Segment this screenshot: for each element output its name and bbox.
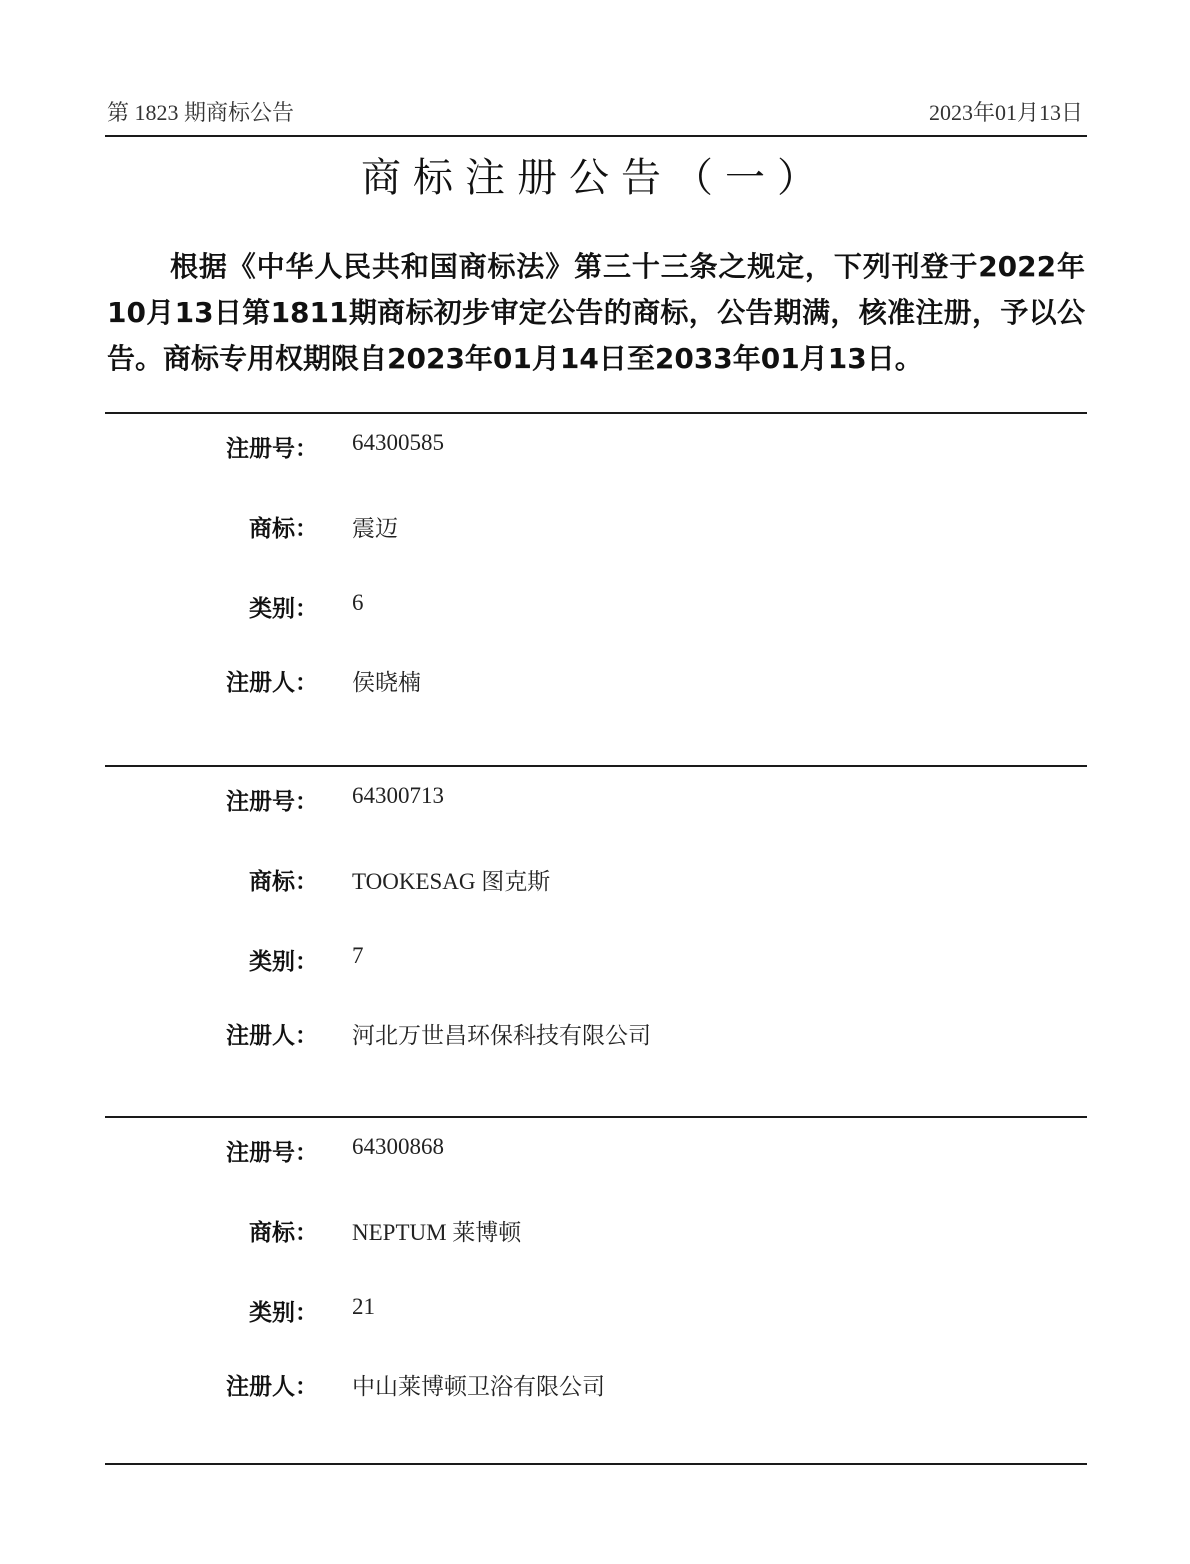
entry-divider xyxy=(105,1116,1087,1118)
reg-no-value: 64300713 xyxy=(352,783,444,809)
header-divider xyxy=(105,135,1087,137)
class-row: 类别： 7 xyxy=(0,943,1190,973)
mark-row: 商标： TOOKESAG 图克斯 xyxy=(0,863,1190,893)
reg-no-row: 注册号： 64300713 xyxy=(0,783,1190,813)
class-label: 类别： xyxy=(249,590,318,623)
class-row: 类别： 21 xyxy=(0,1294,1190,1324)
footer-divider xyxy=(105,1463,1087,1465)
class-value: 6 xyxy=(352,590,364,616)
registrant-row: 注册人： 侯晓楠 xyxy=(0,664,1190,694)
reg-no-label: 注册号： xyxy=(226,1134,318,1167)
page-title: 商标注册公告（一） xyxy=(0,146,1190,203)
mark-row: 商标： NEPTUM 莱博顿 xyxy=(0,1214,1190,1244)
issue-number: 第 1823 期商标公告 xyxy=(107,96,294,127)
mark-value: TOOKESAG 图克斯 xyxy=(352,863,550,896)
registrant-value: 侯晓楠 xyxy=(352,664,421,697)
registrant-value: 中山莱博顿卫浴有限公司 xyxy=(352,1368,605,1401)
mark-label: 商标： xyxy=(249,510,318,543)
entry-divider xyxy=(105,412,1087,414)
registrant-value: 河北万世昌环保科技有限公司 xyxy=(352,1017,651,1050)
class-label: 类别： xyxy=(249,1294,318,1327)
mark-label: 商标： xyxy=(249,863,318,896)
entry-divider xyxy=(105,765,1087,767)
reg-no-value: 64300868 xyxy=(352,1134,444,1160)
registrant-label: 注册人： xyxy=(226,1368,318,1401)
publication-date: 2023年01月13日 xyxy=(929,96,1083,127)
reg-no-label: 注册号： xyxy=(226,430,318,463)
mark-label: 商标： xyxy=(249,1214,318,1247)
registrant-row: 注册人： 河北万世昌环保科技有限公司 xyxy=(0,1017,1190,1047)
mark-value: 震迈 xyxy=(352,510,398,543)
registrant-row: 注册人： 中山莱博顿卫浴有限公司 xyxy=(0,1368,1190,1398)
mark-value: NEPTUM 莱博顿 xyxy=(352,1214,521,1247)
class-value: 21 xyxy=(352,1294,375,1320)
intro-paragraph: 根据《中华人民共和国商标法》第三十三条之规定，下列刊登于2022年10月13日第… xyxy=(107,244,1085,382)
class-value: 7 xyxy=(352,943,364,969)
reg-no-row: 注册号： 64300868 xyxy=(0,1134,1190,1164)
reg-no-label: 注册号： xyxy=(226,783,318,816)
reg-no-value: 64300585 xyxy=(352,430,444,456)
class-row: 类别： 6 xyxy=(0,590,1190,620)
class-label: 类别： xyxy=(249,943,318,976)
registrant-label: 注册人： xyxy=(226,664,318,697)
registrant-label: 注册人： xyxy=(226,1017,318,1050)
reg-no-row: 注册号： 64300585 xyxy=(0,430,1190,460)
mark-row: 商标： 震迈 xyxy=(0,510,1190,540)
